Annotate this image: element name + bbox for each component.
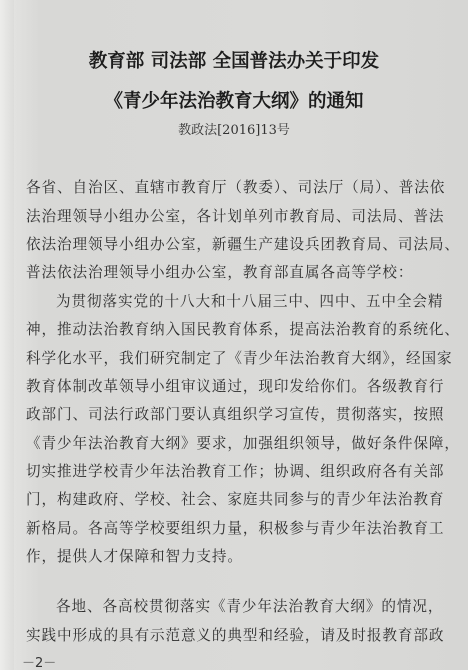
body-line: 神，推动法治教育纳入国民教育体系，提高法治教育的系统化、 xyxy=(26,318,446,339)
body-line: 教育体制改革领导小组审议通过，现印发给你们。各级教育行 xyxy=(26,375,446,396)
body-line: 政部门、司法行政部门要认真组织学习宣传，贯彻落实，按照 xyxy=(26,403,446,424)
body-line: 《青少年法治教育大纲》要求，加强组织领导，做好条件保障， xyxy=(26,432,446,453)
body-line: 为贯彻落实党的十八大和十八届三中、四中、五中全会精 xyxy=(56,290,468,311)
body-line: 切实推进学校青少年法治教育工作；协调、组织政府各有关部 xyxy=(26,460,446,481)
body-line: 各地、各高校贯彻落实《青少年法治教育大纲》的情况， xyxy=(56,595,468,616)
page-number: －2－ xyxy=(22,652,56,670)
document-title-line-2: 《青少年法治教育大纲》的通知 xyxy=(0,87,468,113)
body-line: 作，提供人才保障和智力支持。 xyxy=(26,545,446,566)
body-line: 法治理领导小组办公室，各计划单列市教育局、司法局、普法 xyxy=(26,205,446,226)
body-line: 科学化水平，我们研究制定了《青少年法治教育大纲》，经国家 xyxy=(26,347,446,368)
body-line: 门，构建政府、学校、社会、家庭共同参与的青少年法治教育 xyxy=(26,488,446,509)
body-line: 实践中形成的具有示范意义的典型和经验，请及时报教育部政 xyxy=(26,624,446,645)
body-line: 新格局。各高等学校要组织力量，积极参与青少年法治教育工 xyxy=(26,517,446,538)
body-line: 各省、自治区、直辖市教育厅（教委）、司法厅（局）、普法依 xyxy=(26,176,446,197)
document-page: 教育部 司法部 全国普法办关于印发 《青少年法治教育大纲》的通知 教政法[201… xyxy=(0,0,468,670)
body-line: 依法治理领导小组办公室，新疆生产建设兵团教育局、司法局、 xyxy=(26,233,446,254)
document-number: 教政法[2016]13号 xyxy=(0,119,468,138)
body-line: 普法依法治理领导小组办公室，教育部直属各高等学校： xyxy=(26,261,446,282)
document-title-line-1: 教育部 司法部 全国普法办关于印发 xyxy=(0,47,468,73)
